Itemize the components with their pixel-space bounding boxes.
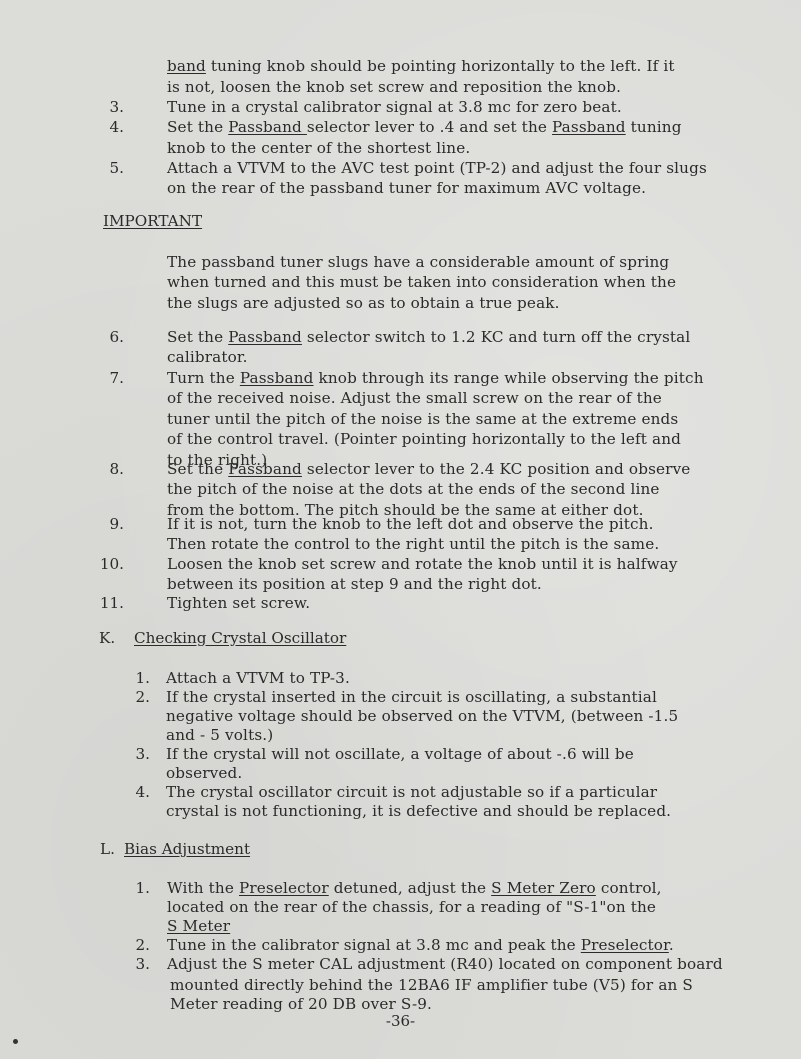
section-l-letter: L.	[100, 840, 115, 859]
step-number: 4.	[84, 118, 124, 137]
band-underlined: band	[167, 57, 206, 75]
step-number: 5.	[84, 159, 124, 178]
step-number: 3.	[110, 745, 150, 764]
step-8-line-2: the pitch of the noise at the dots at th…	[167, 480, 660, 499]
k-step-2-line-1: If the crystal inserted in the circuit i…	[166, 688, 657, 707]
passband-underlined: Passband	[228, 460, 302, 478]
k-step-2-line-2: negative voltage should be observed on t…	[166, 707, 678, 726]
l-step-1-line-3: S Meter	[167, 917, 230, 936]
l-step-3-line-2: mounted directly behind the 12BA6 IF amp…	[170, 976, 693, 995]
l-step-3-line-1: Adjust the S meter CAL adjustment (R40) …	[167, 955, 723, 974]
step-number: 8.	[84, 460, 124, 479]
step-6-line-2: calibrator.	[167, 348, 248, 367]
passband-underlined: Passband	[228, 328, 302, 346]
step-number: 9.	[84, 515, 124, 534]
preselector-underlined: Preselector	[239, 879, 329, 897]
step-9-line-1: If it is not, turn the knob to the left …	[167, 515, 654, 534]
step-9-line-2: Then rotate the control to the right unt…	[167, 535, 659, 554]
k-step-1-text: Attach a VTVM to TP-3.	[166, 669, 350, 688]
section-l-title: Bias Adjustment	[124, 840, 250, 859]
step-number: 2.	[110, 936, 150, 955]
s-meter-zero-underlined: S Meter Zero	[491, 879, 596, 897]
important-heading: IMPORTANT	[103, 212, 202, 231]
section-k-letter: K.	[99, 629, 115, 648]
step-7-line-3: tuner until the pitch of the noise is th…	[167, 410, 678, 429]
step-3-text: Tune in a crystal calibrator signal at 3…	[167, 98, 622, 117]
preselector-underlined: Preselector	[581, 936, 669, 954]
step-number: 4.	[110, 783, 150, 802]
l-step-1-line-1: With the Preselector detuned, adjust the…	[167, 879, 662, 898]
step-5-line-1: Attach a VTVM to the AVC test point (TP-…	[167, 159, 707, 178]
l-step-2-text: Tune in the calibrator signal at 3.8 mc …	[167, 936, 674, 955]
step-7-line-2: of the received noise. Adjust the small …	[167, 389, 662, 408]
page-number: -36-	[0, 1012, 801, 1030]
step-number: 1.	[110, 669, 150, 688]
document-page: band tuning knob should be pointing hori…	[0, 0, 801, 1059]
paper-speck	[13, 1039, 18, 1044]
k-step-3-line-1: If the crystal will not oscillate, a vol…	[166, 745, 634, 764]
step-number: 3.	[84, 98, 124, 117]
step-7-line-1: Turn the Passband knob through its range…	[167, 369, 704, 388]
important-line-1: The passband tuner slugs have a consider…	[167, 253, 669, 272]
intro-line-2: is not, loosen the knob set screw and re…	[167, 78, 621, 97]
step-number: 11.	[84, 594, 124, 613]
intro-line-1: band tuning knob should be pointing hori…	[167, 57, 675, 76]
passband-underlined: Passband	[228, 118, 307, 136]
step-8-line-1: Set the Passband selector lever to the 2…	[167, 460, 690, 479]
l-step-1-line-2: located on the rear of the chassis, for …	[167, 898, 656, 917]
step-number: 2.	[110, 688, 150, 707]
step-7-line-4: of the control travel. (Pointer pointing…	[167, 430, 681, 449]
step-number: 3.	[110, 955, 150, 974]
step-number: 1.	[110, 879, 150, 898]
passband-underlined: Passband	[552, 118, 626, 136]
step-6-line-1: Set the Passband selector switch to 1.2 …	[167, 328, 690, 347]
section-k-title: Checking Crystal Oscillator	[134, 629, 346, 648]
step-4-line-1: Set the Passband selector lever to .4 an…	[167, 118, 682, 137]
k-step-3-line-2: observed.	[166, 764, 242, 783]
step-5-line-2: on the rear of the passband tuner for ma…	[167, 179, 646, 198]
step-number: 7.	[84, 369, 124, 388]
step-11-text: Tighten set screw.	[167, 594, 310, 613]
k-step-4-line-1: The crystal oscillator circuit is not ad…	[166, 783, 657, 802]
passband-underlined: Passband	[240, 369, 314, 387]
important-line-3: the slugs are adjusted so as to obtain a…	[167, 294, 560, 313]
important-line-2: when turned and this must be taken into …	[167, 273, 676, 292]
step-number: 6.	[84, 328, 124, 347]
k-step-4-line-2: crystal is not functioning, it is defect…	[166, 802, 671, 821]
step-10-line-2: between its position at step 9 and the r…	[167, 575, 542, 594]
step-number: 10.	[84, 555, 124, 574]
step-4-line-2: knob to the center of the shortest line.	[167, 139, 470, 158]
step-10-line-1: Loosen the knob set screw and rotate the…	[167, 555, 678, 574]
k-step-2-line-3: and - 5 volts.)	[166, 726, 273, 745]
